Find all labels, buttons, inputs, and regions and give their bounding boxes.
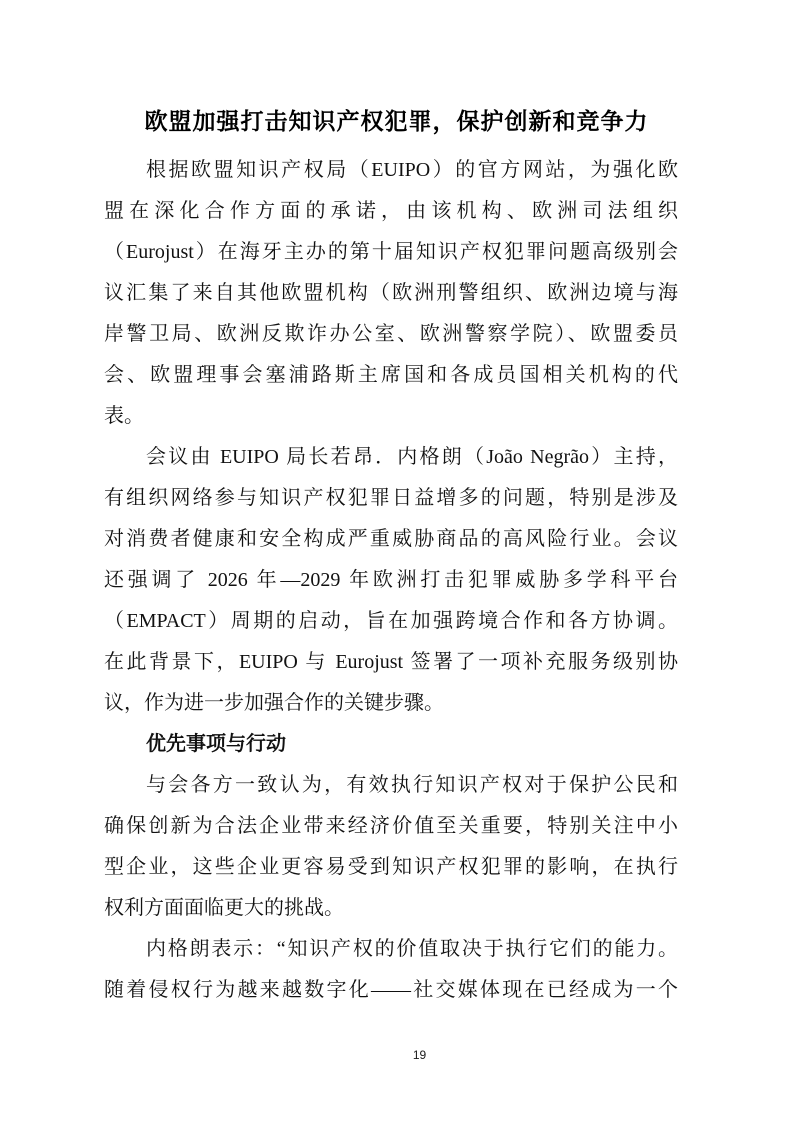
body-line: 对消费者健康和安全构成严重威胁商品的高风险行业。会议	[104, 519, 678, 560]
page-number: 19	[46, 1047, 793, 1063]
document-page: 欧盟加强打击知识产权犯罪，保护创新和竞争力 根据欧盟知识产权局（EUIPO）的官…	[0, 0, 793, 1122]
body-line: 随着侵权行为越来越数字化——社交媒体现在已经成为一个	[104, 970, 678, 1011]
body-line: 岸警卫局、欧洲反欺诈办公室、欧洲警察学院）、欧盟委员	[104, 314, 678, 355]
body-line: 议，作为进一步加强合作的关键步骤。	[104, 683, 678, 724]
body-line: 根据欧盟知识产权局（EUIPO）的官方网站，为强化欧	[104, 150, 678, 191]
body-line: 盟在深化合作方面的承诺，由该机构、欧洲司法组织	[104, 191, 678, 232]
body-line: 会、欧盟理事会塞浦路斯主席国和各成员国相关机构的代	[104, 355, 678, 396]
section-heading: 优先事项与行动	[104, 724, 678, 765]
body-line: 与会各方一致认为，有效执行知识产权对于保护公民和	[104, 765, 678, 806]
body-line: 表。	[104, 396, 678, 437]
body-line: 会议由 EUIPO 局长若昂．内格朗（João Negrão）主持，	[104, 437, 678, 478]
body-line: 还强调了 2026 年—2029 年欧洲打击犯罪威胁多学科平台	[104, 560, 678, 601]
body-line: 确保创新为合法企业带来经济价值至关重要，特别关注中小	[104, 806, 678, 847]
body-line: 议汇集了来自其他欧盟机构（欧洲刑警组织、欧洲边境与海	[104, 273, 678, 314]
document-body: 根据欧盟知识产权局（EUIPO）的官方网站，为强化欧 盟在深化合作方面的承诺，由…	[104, 150, 678, 1011]
body-line: （EMPACT）周期的启动，旨在加强跨境合作和各方协调。	[104, 601, 678, 642]
body-line: （Eurojust）在海牙主办的第十届知识产权犯罪问题高级别会	[104, 232, 678, 273]
body-line: 内格朗表示：“知识产权的价值取决于执行它们的能力。	[104, 929, 678, 970]
body-line: 权利方面面临更大的挑战。	[104, 888, 678, 929]
body-line: 在此背景下，EUIPO 与 Eurojust 签署了一项补充服务级别协	[104, 642, 678, 683]
body-line: 有组织网络参与知识产权犯罪日益增多的问题，特别是涉及	[104, 478, 678, 519]
document-title: 欧盟加强打击知识产权犯罪，保护创新和竞争力	[0, 103, 793, 139]
body-line: 型企业，这些企业更容易受到知识产权犯罪的影响，在执行	[104, 847, 678, 888]
